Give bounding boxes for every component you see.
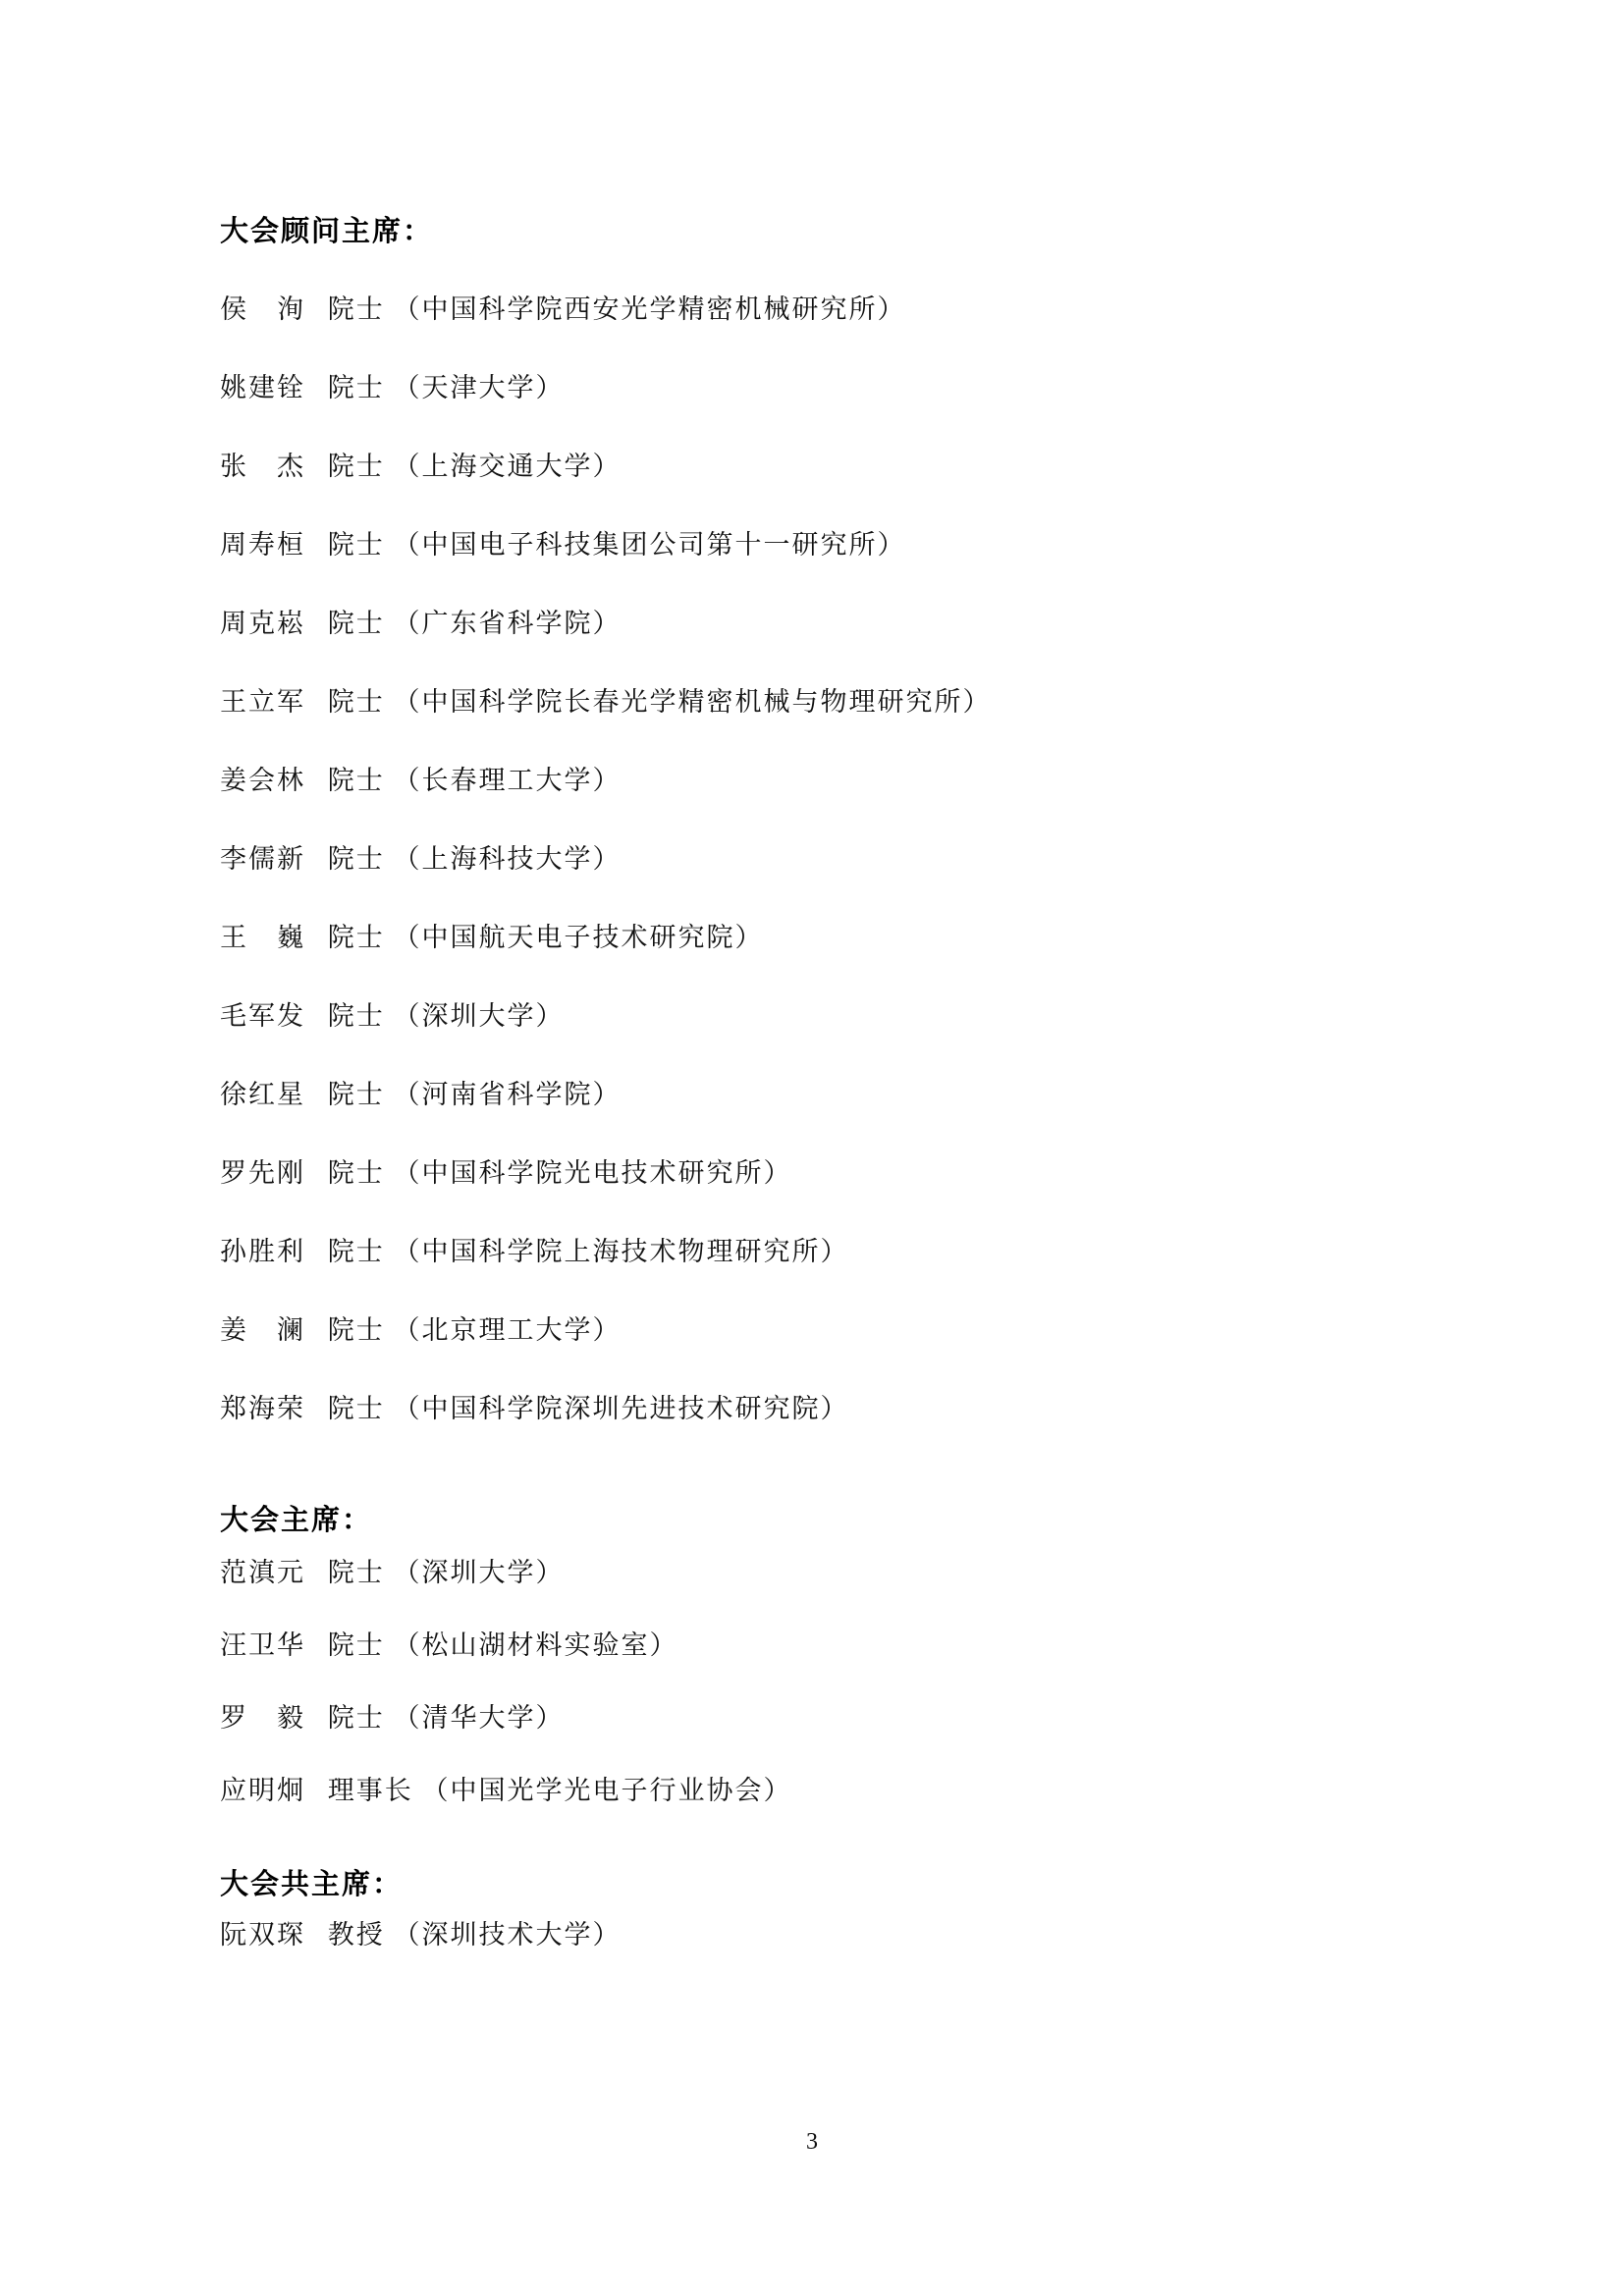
entry-row: 姜会林 院士 （长春理工大学） xyxy=(220,766,1506,795)
entry-affiliation: （深圳大学） xyxy=(394,1001,565,1031)
entry-title: 院士 xyxy=(328,1315,385,1345)
entry-row: 周克崧 院士 （广东省科学院） xyxy=(220,609,1506,638)
entry-affiliation: （北京理工大学） xyxy=(394,1315,622,1345)
entry-name: 应明炯 xyxy=(220,1776,305,1805)
entry-title: 院士 xyxy=(328,687,385,717)
entry-row: 周寿桓 院士 （中国电子科技集团公司第十一研究所） xyxy=(220,530,1506,560)
entry-title: 院士 xyxy=(328,609,385,638)
entry-name: 阮双琛 xyxy=(220,1920,305,1949)
entry-name: 孙胜利 xyxy=(220,1237,305,1266)
entry-affiliation: （上海科技大学） xyxy=(394,844,622,874)
entry-row: 姚建铨 院士 （天津大学） xyxy=(220,373,1506,402)
entry-title: 教授 xyxy=(328,1920,385,1949)
entry-name: 侯 洵 xyxy=(220,294,305,324)
entry-name: 郑海荣 xyxy=(220,1394,305,1423)
entry-affiliation: （长春理工大学） xyxy=(394,766,622,795)
entry-name: 范滇元 xyxy=(220,1558,305,1587)
entry-affiliation: （中国科学院上海技术物理研究所） xyxy=(394,1237,849,1266)
entry-affiliation: （广东省科学院） xyxy=(394,609,622,638)
entry-row: 张 杰 院士 （上海交通大学） xyxy=(220,452,1506,481)
entry-title: 院士 xyxy=(328,373,385,402)
document-content: 大会顾问主席： 侯 洵 院士 （中国科学院西安光学精密机械研究所） 姚建铨 院士… xyxy=(220,216,1506,1949)
entry-row: 毛军发 院士 （深圳大学） xyxy=(220,1001,1506,1031)
entry-name: 姚建铨 xyxy=(220,373,305,402)
entry-row: 王立军 院士 （中国科学院长春光学精密机械与物理研究所） xyxy=(220,687,1506,717)
entry-name: 周寿桓 xyxy=(220,530,305,560)
entry-title: 院士 xyxy=(328,1558,385,1587)
entry-name: 李儒新 xyxy=(220,844,305,874)
section-heading: 大会顾问主席： xyxy=(220,216,1506,247)
entry-affiliation: （清华大学） xyxy=(394,1703,565,1733)
entry-title: 院士 xyxy=(328,1630,385,1660)
entry-affiliation: （中国航天电子技术研究院） xyxy=(394,923,764,952)
entry-title: 院士 xyxy=(328,1158,385,1188)
entry-name: 周克崧 xyxy=(220,609,305,638)
entry-affiliation: （深圳大学） xyxy=(394,1558,565,1587)
section-heading: 大会共主席： xyxy=(220,1869,1506,1900)
entry-affiliation: （中国科学院长春光学精密机械与物理研究所） xyxy=(394,687,992,717)
entry-name: 毛军发 xyxy=(220,1001,305,1031)
entry-title: 院士 xyxy=(328,1394,385,1423)
entry-affiliation: （中国光学光电子行业协会） xyxy=(422,1776,792,1805)
entry-affiliation: （河南省科学院） xyxy=(394,1080,622,1109)
entry-title: 院士 xyxy=(328,530,385,560)
entry-title: 院士 xyxy=(328,452,385,481)
entry-affiliation: （中国电子科技集团公司第十一研究所） xyxy=(394,530,906,560)
page-number: 3 xyxy=(0,2128,1624,2156)
entry-name: 王立军 xyxy=(220,687,305,717)
entry-row: 徐红星 院士 （河南省科学院） xyxy=(220,1080,1506,1109)
entry-name: 姜 澜 xyxy=(220,1315,305,1345)
entry-row: 李儒新 院士 （上海科技大学） xyxy=(220,844,1506,874)
entry-title: 院士 xyxy=(328,923,385,952)
entry-row: 范滇元 院士 （深圳大学） xyxy=(220,1558,1506,1587)
entry-name: 汪卫华 xyxy=(220,1630,305,1660)
entry-title: 院士 xyxy=(328,1703,385,1733)
entry-affiliation: （天津大学） xyxy=(394,373,565,402)
entry-title: 院士 xyxy=(328,1237,385,1266)
entry-title: 理事长 xyxy=(328,1776,413,1805)
entry-row: 应明炯 理事长 （中国光学光电子行业协会） xyxy=(220,1776,1506,1805)
entry-affiliation: （深圳技术大学） xyxy=(394,1920,622,1949)
section-heading: 大会主席： xyxy=(220,1505,1506,1536)
entry-name: 王 巍 xyxy=(220,923,305,952)
entry-title: 院士 xyxy=(328,844,385,874)
entry-name: 罗先刚 xyxy=(220,1158,305,1188)
document-page: 大会顾问主席： 侯 洵 院士 （中国科学院西安光学精密机械研究所） 姚建铨 院士… xyxy=(0,0,1624,2296)
entry-name: 张 杰 xyxy=(220,452,305,481)
section-advisory-chairs: 大会顾问主席： 侯 洵 院士 （中国科学院西安光学精密机械研究所） 姚建铨 院士… xyxy=(220,216,1506,1423)
entry-title: 院士 xyxy=(328,294,385,324)
entry-row: 侯 洵 院士 （中国科学院西安光学精密机械研究所） xyxy=(220,294,1506,324)
entry-row: 阮双琛 教授 （深圳技术大学） xyxy=(220,1920,1506,1949)
entry-name: 姜会林 xyxy=(220,766,305,795)
entry-affiliation: （上海交通大学） xyxy=(394,452,622,481)
section-conference-co-chairs: 大会共主席： 阮双琛 教授 （深圳技术大学） xyxy=(220,1869,1506,1949)
entry-name: 罗 毅 xyxy=(220,1703,305,1733)
entry-affiliation: （中国科学院深圳先进技术研究院） xyxy=(394,1394,849,1423)
entry-title: 院士 xyxy=(328,766,385,795)
entry-title: 院士 xyxy=(328,1001,385,1031)
entry-row: 孙胜利 院士 （中国科学院上海技术物理研究所） xyxy=(220,1237,1506,1266)
entry-row: 罗先刚 院士 （中国科学院光电技术研究所） xyxy=(220,1158,1506,1188)
entry-row: 王 巍 院士 （中国航天电子技术研究院） xyxy=(220,923,1506,952)
entry-row: 汪卫华 院士 （松山湖材料实验室） xyxy=(220,1630,1506,1660)
entry-affiliation: （中国科学院西安光学精密机械研究所） xyxy=(394,294,906,324)
entry-row: 郑海荣 院士 （中国科学院深圳先进技术研究院） xyxy=(220,1394,1506,1423)
entry-row: 姜 澜 院士 （北京理工大学） xyxy=(220,1315,1506,1345)
entry-name: 徐红星 xyxy=(220,1080,305,1109)
entry-affiliation: （中国科学院光电技术研究所） xyxy=(394,1158,792,1188)
section-conference-chairs: 大会主席： 范滇元 院士 （深圳大学） 汪卫华 院士 （松山湖材料实验室） 罗 … xyxy=(220,1505,1506,1805)
entry-affiliation: （松山湖材料实验室） xyxy=(394,1630,678,1660)
entry-row: 罗 毅 院士 （清华大学） xyxy=(220,1703,1506,1733)
entry-title: 院士 xyxy=(328,1080,385,1109)
